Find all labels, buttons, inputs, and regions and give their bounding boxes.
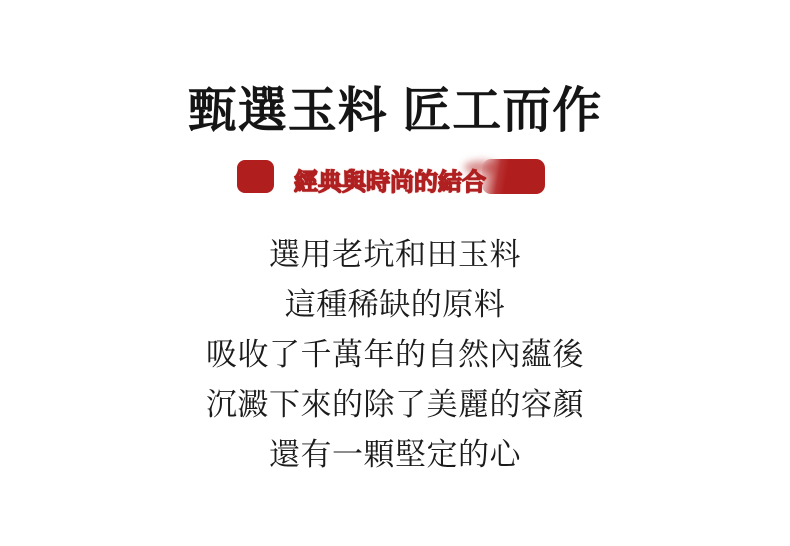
body-line: 這種稀缺的原料: [0, 280, 790, 330]
page-title: 甄選玉料 匠工而作: [0, 72, 790, 142]
ribbon-label: 經典與時尚的結合: [290, 162, 490, 197]
body-line: 沉澱下來的除了美麗的容顏: [0, 380, 790, 430]
ribbon-left-block: [237, 160, 274, 193]
body-line: 還有一顆堅定的心: [0, 430, 790, 480]
body-line: 吸收了千萬年的自然內蘊後: [0, 330, 790, 380]
promo-banner: 甄選玉料 匠工而作 經典與時尚的結合 選用老坑和田玉料 這種稀缺的原料 吸收了千…: [0, 0, 790, 546]
body-text: 選用老坑和田玉料 這種稀缺的原料 吸收了千萬年的自然內蘊後 沉澱下來的除了美麗的…: [0, 230, 790, 480]
ribbon-right-block: [482, 159, 545, 194]
body-line: 選用老坑和田玉料: [0, 230, 790, 280]
